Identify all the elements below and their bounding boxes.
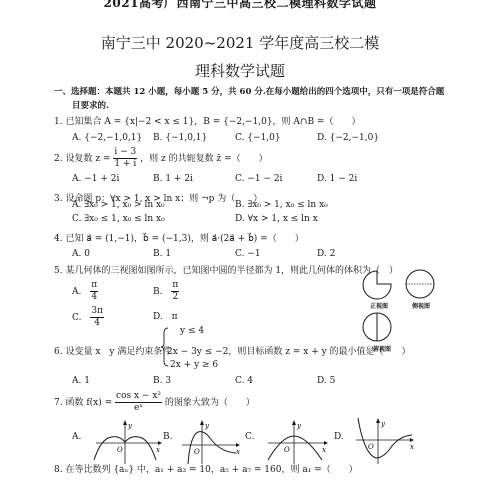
constraint-2: 2x − 3y ≤ −2，则目标函数 z = x + y 的最小值是（ ）: [167, 344, 411, 357]
q7-graph-c: y O x: [266, 420, 332, 466]
exam-subtitle: 理科数学试题: [0, 60, 480, 81]
side-view-label: 侧视图: [412, 301, 430, 310]
q3-option-c: C. ∃x₀ ≤ 1, x₀ ≤ ln x₀: [72, 214, 165, 224]
front-view-figure: [362, 270, 394, 300]
question-number: 2.: [54, 154, 63, 164]
q4-option-d: D. 2: [317, 249, 335, 259]
q7-option-a-label: A.: [72, 432, 81, 442]
top-title: 2021高考广西南宁三中高三校二模理科数学试题: [0, 0, 480, 11]
question-1: 1. 已知集合 A = {x|−2 < x ≤ 1}，B = {−2,−1,0}…: [54, 114, 360, 127]
question-stem: 设复数 z =: [65, 154, 110, 164]
svg-text:x: x: [236, 448, 240, 456]
q4-option-c: C. −1: [235, 249, 261, 259]
side-view-figure: [405, 270, 437, 300]
svg-text:y: y: [127, 422, 133, 430]
front-view-label: 正视图: [370, 301, 388, 310]
svg-text:y: y: [204, 422, 210, 430]
svg-text:O: O: [194, 448, 200, 456]
svg-text:x: x: [156, 446, 160, 454]
svg-text:O: O: [368, 443, 374, 451]
svg-text:x: x: [322, 446, 326, 454]
q4-option-a: A. 0: [72, 249, 90, 259]
fraction: i − 3 1 + i: [113, 147, 137, 170]
constraint-1: y ≤ 4: [180, 326, 204, 336]
q2-option-b: B. 1 + 2i: [153, 174, 193, 184]
q3-option-a: A. ∃x₀ > 1, x₀ > ln x₀: [72, 200, 165, 210]
question-6: 6. 设变量 x y 满足约束条件: [54, 344, 171, 357]
q3-option-d: D. ∀x > 1, x ≤ ln x: [235, 214, 318, 224]
svg-text:y: y: [296, 422, 302, 430]
q7-option-c-label: C.: [245, 432, 254, 442]
q7-option-d-label: D.: [334, 432, 344, 442]
q1-option-a: A. {−2,−1,0,1}: [72, 133, 142, 143]
q2-option-a: A. −1 + 2i: [72, 174, 119, 184]
constraint-3: 2x + y ≥ 6: [170, 360, 218, 370]
top-view-figure: [362, 313, 394, 343]
svg-text:O: O: [284, 446, 290, 454]
section-instructions-cont: 目要求的.: [72, 99, 109, 111]
q6-option-d: D. 5: [317, 376, 335, 386]
q6-option-c: C. 4: [235, 376, 253, 386]
q3-option-b: B. ∃x₀ > 1, x₀ ≤ ln x₀: [235, 200, 328, 210]
q5-option-b: B. π 2: [153, 280, 179, 303]
q1-option-c: C. {−1,0}: [235, 133, 281, 143]
question-stem: 已知集合 A = {x|−2 < x ≤ 1}，B = {−2,−1,0}，则 …: [65, 117, 360, 127]
svg-text:y: y: [380, 420, 386, 428]
question-7: 7. 函数 f(x) = cos x − x² eˣ 的图象大致为（ ）: [54, 391, 255, 414]
q5-option-a: A. π 4: [72, 280, 98, 303]
q6-option-a: A. 1: [72, 376, 90, 386]
question-2: 2. 设复数 z = i − 3 1 + i ，则 z 的共轭复数 z̄ =（ …: [54, 147, 268, 170]
exam-title: 南宁三中 2020~2021 学年度高三校二模: [0, 32, 480, 53]
q7-graph-d: y O x: [354, 418, 416, 466]
section-instructions: 一、选择题：本题共 12 小题，每小题 5 分，共 60 分.在每小题给出的四个…: [54, 85, 444, 97]
q4-option-b: B. 1: [153, 249, 171, 259]
q5-option-d: D. π: [153, 312, 178, 322]
q5-option-c: C. 3π 4: [72, 306, 104, 329]
q7-option-b-label: B.: [163, 432, 172, 442]
question-8: 8. 在等比数列 {aₙ} 中，a₁ + a₃ = 10，a₅ + a₇ = 1…: [54, 462, 358, 475]
svg-text:O: O: [117, 446, 123, 454]
q2-option-d: D. 1 − 2i: [317, 174, 357, 184]
q7-graph-a: y O x: [92, 420, 164, 466]
question-5: 5. 某几何体的三视图如图所示，已知图中圆的半径都为 1，则此几何体的体积为（ …: [54, 263, 398, 276]
q7-graph-b: y O x: [180, 420, 242, 466]
q6-option-b: B. 3: [153, 376, 171, 386]
q1-option-b: B. {−1,0,1}: [153, 133, 207, 143]
svg-text:x: x: [410, 443, 414, 451]
question-4: 4. 已知 a⃗ = (1,−1)，b⃗ = (−1,3)，则 a⃗·(2a⃗ …: [54, 231, 304, 244]
q1-option-d: D. {−2,−1,0}: [317, 133, 379, 143]
q2-option-c: C. −1 − 2i: [235, 174, 282, 184]
question-number: 1.: [54, 117, 63, 127]
